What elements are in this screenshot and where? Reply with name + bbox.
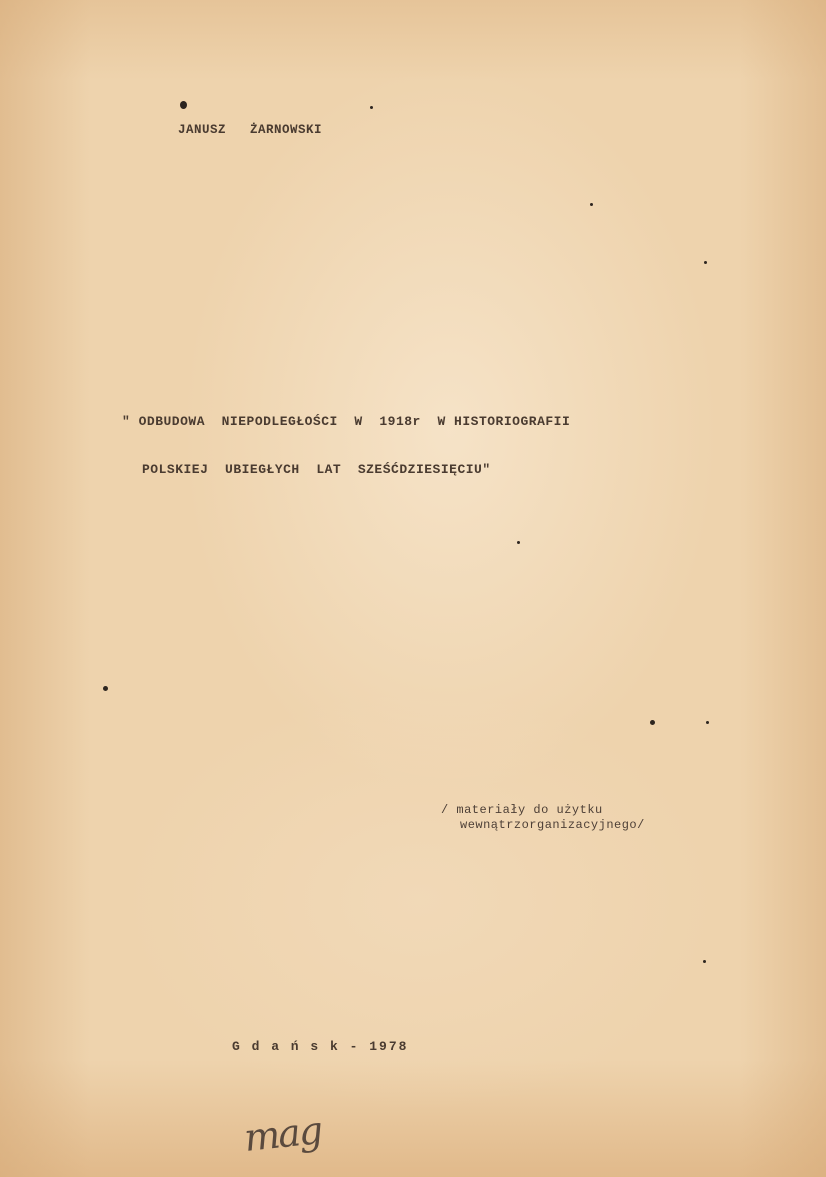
note-line-1: / materiały do użytku (441, 803, 603, 817)
bullet-mark (180, 101, 187, 109)
speck (703, 960, 706, 963)
speck (650, 720, 655, 725)
speck (370, 106, 373, 109)
note-line-2: wewnątrzorganizacyjnego/ (460, 818, 645, 832)
handwritten-annotation: mag (242, 1108, 323, 1160)
speck (517, 541, 520, 544)
speck (103, 686, 108, 691)
place-date: G d a ń s k - 1978 (232, 1039, 408, 1054)
title-line-2: POLSKIEJ UBIEGŁYCH LAT SZEŚĆDZIESIĘCIU" (142, 462, 491, 477)
speck (706, 721, 709, 724)
author-name: JANUSZ ŻARNOWSKI (178, 123, 322, 137)
scanned-page: JANUSZ ŻARNOWSKI " ODBUDOWA NIEPODLEGŁOŚ… (0, 0, 826, 1177)
title-line-1: " ODBUDOWA NIEPODLEGŁOŚCI W 1918r W HIST… (122, 414, 570, 429)
speck (590, 203, 593, 206)
speck (704, 261, 707, 264)
